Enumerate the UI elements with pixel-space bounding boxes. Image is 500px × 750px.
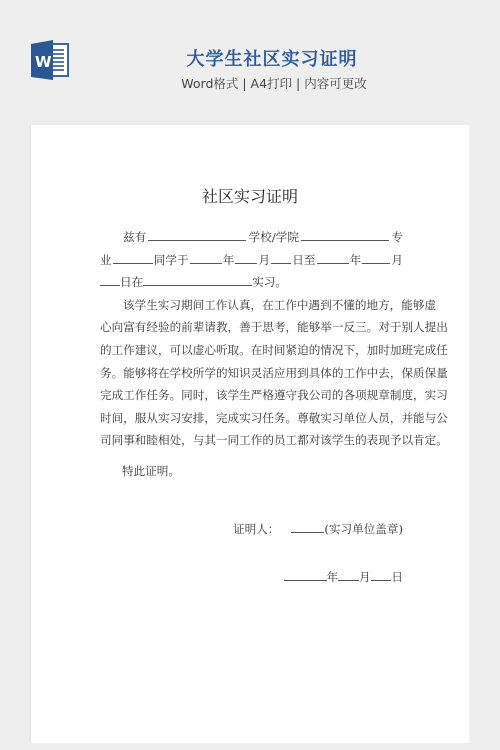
paragraph-line: 的工作建议，可以虚心听取。在时间紧迫的情况下，加时加班完成任: [100, 339, 403, 362]
stamp-note: (实习单位盖章): [324, 521, 403, 537]
header-title: 大学生社区实习证明: [0, 45, 500, 71]
text: 兹有: [123, 226, 146, 249]
end-month-blank[interactable]: [362, 250, 390, 264]
document-title: 社区实习证明: [31, 184, 469, 207]
start-month-blank[interactable]: [235, 250, 257, 264]
signature-blank[interactable]: [291, 519, 324, 533]
stage: W 大学生社区实习证明 Word格式 | A4打印 | 内容可更改 社区实习证明…: [0, 0, 500, 750]
month-label: 月: [359, 569, 371, 585]
start-day-blank[interactable]: [271, 250, 291, 264]
paragraph-line: 心向富有经验的前辈请教，善于思考，能够举一反三。对于别人提出: [100, 316, 403, 339]
closing-statement: 特此证明。: [122, 463, 180, 479]
text: 学校/学院: [249, 226, 299, 249]
text: 日至: [292, 249, 315, 272]
intro-line-2: 业 同学于 年 月 日至 年 月: [100, 249, 403, 272]
text: 同学于: [154, 249, 189, 272]
text: 业: [100, 249, 112, 272]
year-label: 年: [327, 569, 339, 585]
day-label: 日: [391, 569, 403, 585]
location-blank[interactable]: [143, 272, 252, 286]
document-body: 兹有 学校/学院 专 业 同学于 年 月 日至 年 月: [100, 226, 403, 452]
intro-line-3: 日在 实习。: [100, 271, 403, 294]
sign-day-blank[interactable]: [371, 567, 392, 581]
signature-line: 证明人： (实习单位盖章): [233, 519, 403, 537]
start-year-blank[interactable]: [190, 250, 222, 264]
paragraph-line: 时间，服从实习安排，完成实习任务。尊敬实习单位人员，并能与公: [100, 407, 403, 430]
sign-month-blank[interactable]: [338, 567, 359, 581]
student-name-blank[interactable]: [113, 250, 153, 264]
signature-label: 证明人：: [233, 521, 279, 537]
document-page: 社区实习证明 兹有 学校/学院 专 业 同学于 年 月 日至 年: [31, 125, 469, 743]
text: 年: [223, 249, 235, 272]
evaluation-paragraph: 该学生实习期间工作认真，在工作中遇到不懂的地方，能够虚 心向富有经验的前辈请教，…: [100, 294, 403, 452]
paragraph-line: 完成工作任务。同时，该学生严格遵守我公司的各项规章制度，实习: [100, 384, 403, 407]
text: 日在: [120, 271, 143, 294]
text: 实习。: [252, 271, 287, 294]
text: 月: [391, 249, 403, 272]
intro-line-1: 兹有 学校/学院 专: [100, 226, 403, 249]
header-subtitle: Word格式 | A4打印 | 内容可更改: [0, 74, 500, 92]
text: 专: [391, 226, 403, 249]
major-blank[interactable]: [301, 227, 389, 241]
date-line: 年 月 日: [284, 567, 403, 585]
paragraph-line: 该学生实习期间工作认真，在工作中遇到不懂的地方，能够虚: [100, 294, 403, 317]
text: 年: [350, 249, 362, 272]
text: 月: [258, 249, 270, 272]
end-day-blank[interactable]: [100, 272, 120, 286]
paragraph-line: 司同事和睦相处，与其一同工作的员工都对该学生的表现予以肯定。: [100, 429, 403, 452]
paragraph-line: 务。能够将在学校所学的知识灵活应用到具体的工作中去，保质保量: [100, 362, 403, 385]
end-year-blank[interactable]: [317, 250, 349, 264]
school-blank[interactable]: [148, 227, 246, 241]
sign-year-blank[interactable]: [284, 567, 327, 581]
